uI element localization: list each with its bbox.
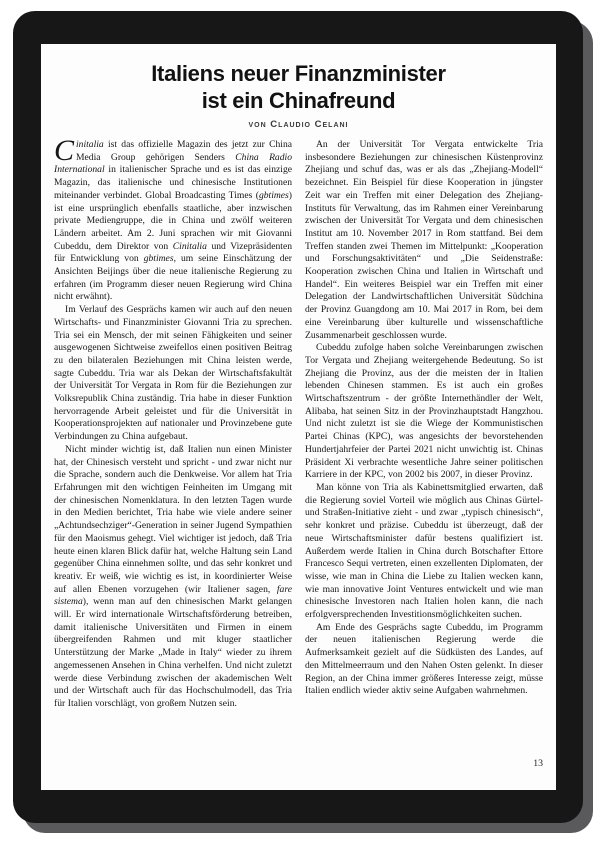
text-run: Man könne von Tria als Kabinettsmitglied…: [305, 482, 543, 620]
text-run: Im Verlauf des Gesprächs kamen wir auch …: [54, 304, 292, 442]
article-title: Italiens neuer Finanzminister ist ein Ch…: [41, 60, 556, 114]
article-title-line1: Italiens neuer Finanzminister: [151, 61, 446, 86]
article-title-line2: ist ein Chinafreund: [202, 88, 396, 113]
italic-text-run: gbtimes: [144, 253, 174, 264]
article-byline: von Claudio Celani: [41, 119, 556, 130]
italic-text-run: gbtimes: [259, 190, 289, 201]
text-run: An der Universität Tor Vergata entwickel…: [305, 139, 543, 341]
paragraph: Cinitalia ist das offizielle Magazin des…: [54, 139, 292, 304]
page-frame: Italiens neuer Finanzminister ist ein Ch…: [13, 11, 583, 823]
right-column: An der Universität Tor Vergata entwickel…: [305, 139, 543, 757]
text-run: Nicht minder wichtig ist, daß Italien nu…: [54, 444, 292, 595]
magazine-page: Italiens neuer Finanzminister ist ein Ch…: [41, 44, 556, 790]
paragraph: An der Universität Tor Vergata entwickel…: [305, 139, 543, 342]
paragraph: Man könne von Tria als Kabinettsmitglied…: [305, 482, 543, 622]
screenshot-stage: Italiens neuer Finanzminister ist ein Ch…: [0, 0, 600, 849]
italic-text-run: Cinitalia: [173, 241, 207, 252]
page-number: 13: [533, 758, 543, 769]
text-run: Cubeddu zufolge haben solche Vereinbarun…: [305, 342, 543, 480]
paragraph: Nicht minder wichtig ist, daß Italien nu…: [54, 444, 292, 711]
paragraph: Cubeddu zufolge haben solche Vereinbarun…: [305, 342, 543, 482]
drop-cap: C: [54, 139, 76, 162]
text-run: Am Ende des Gesprächs sagte Cubeddu, im …: [305, 622, 543, 697]
italic-text-run: initalia: [76, 139, 104, 150]
article-columns: Cinitalia ist das offizielle Magazin des…: [54, 139, 543, 757]
paragraph: Am Ende des Gesprächs sagte Cubeddu, im …: [305, 622, 543, 698]
left-column: Cinitalia ist das offizielle Magazin des…: [54, 139, 292, 757]
text-run: ), wenn man auf den chinesischen Markt g…: [54, 596, 292, 709]
paragraph: Im Verlauf des Gesprächs kamen wir auch …: [54, 304, 292, 444]
